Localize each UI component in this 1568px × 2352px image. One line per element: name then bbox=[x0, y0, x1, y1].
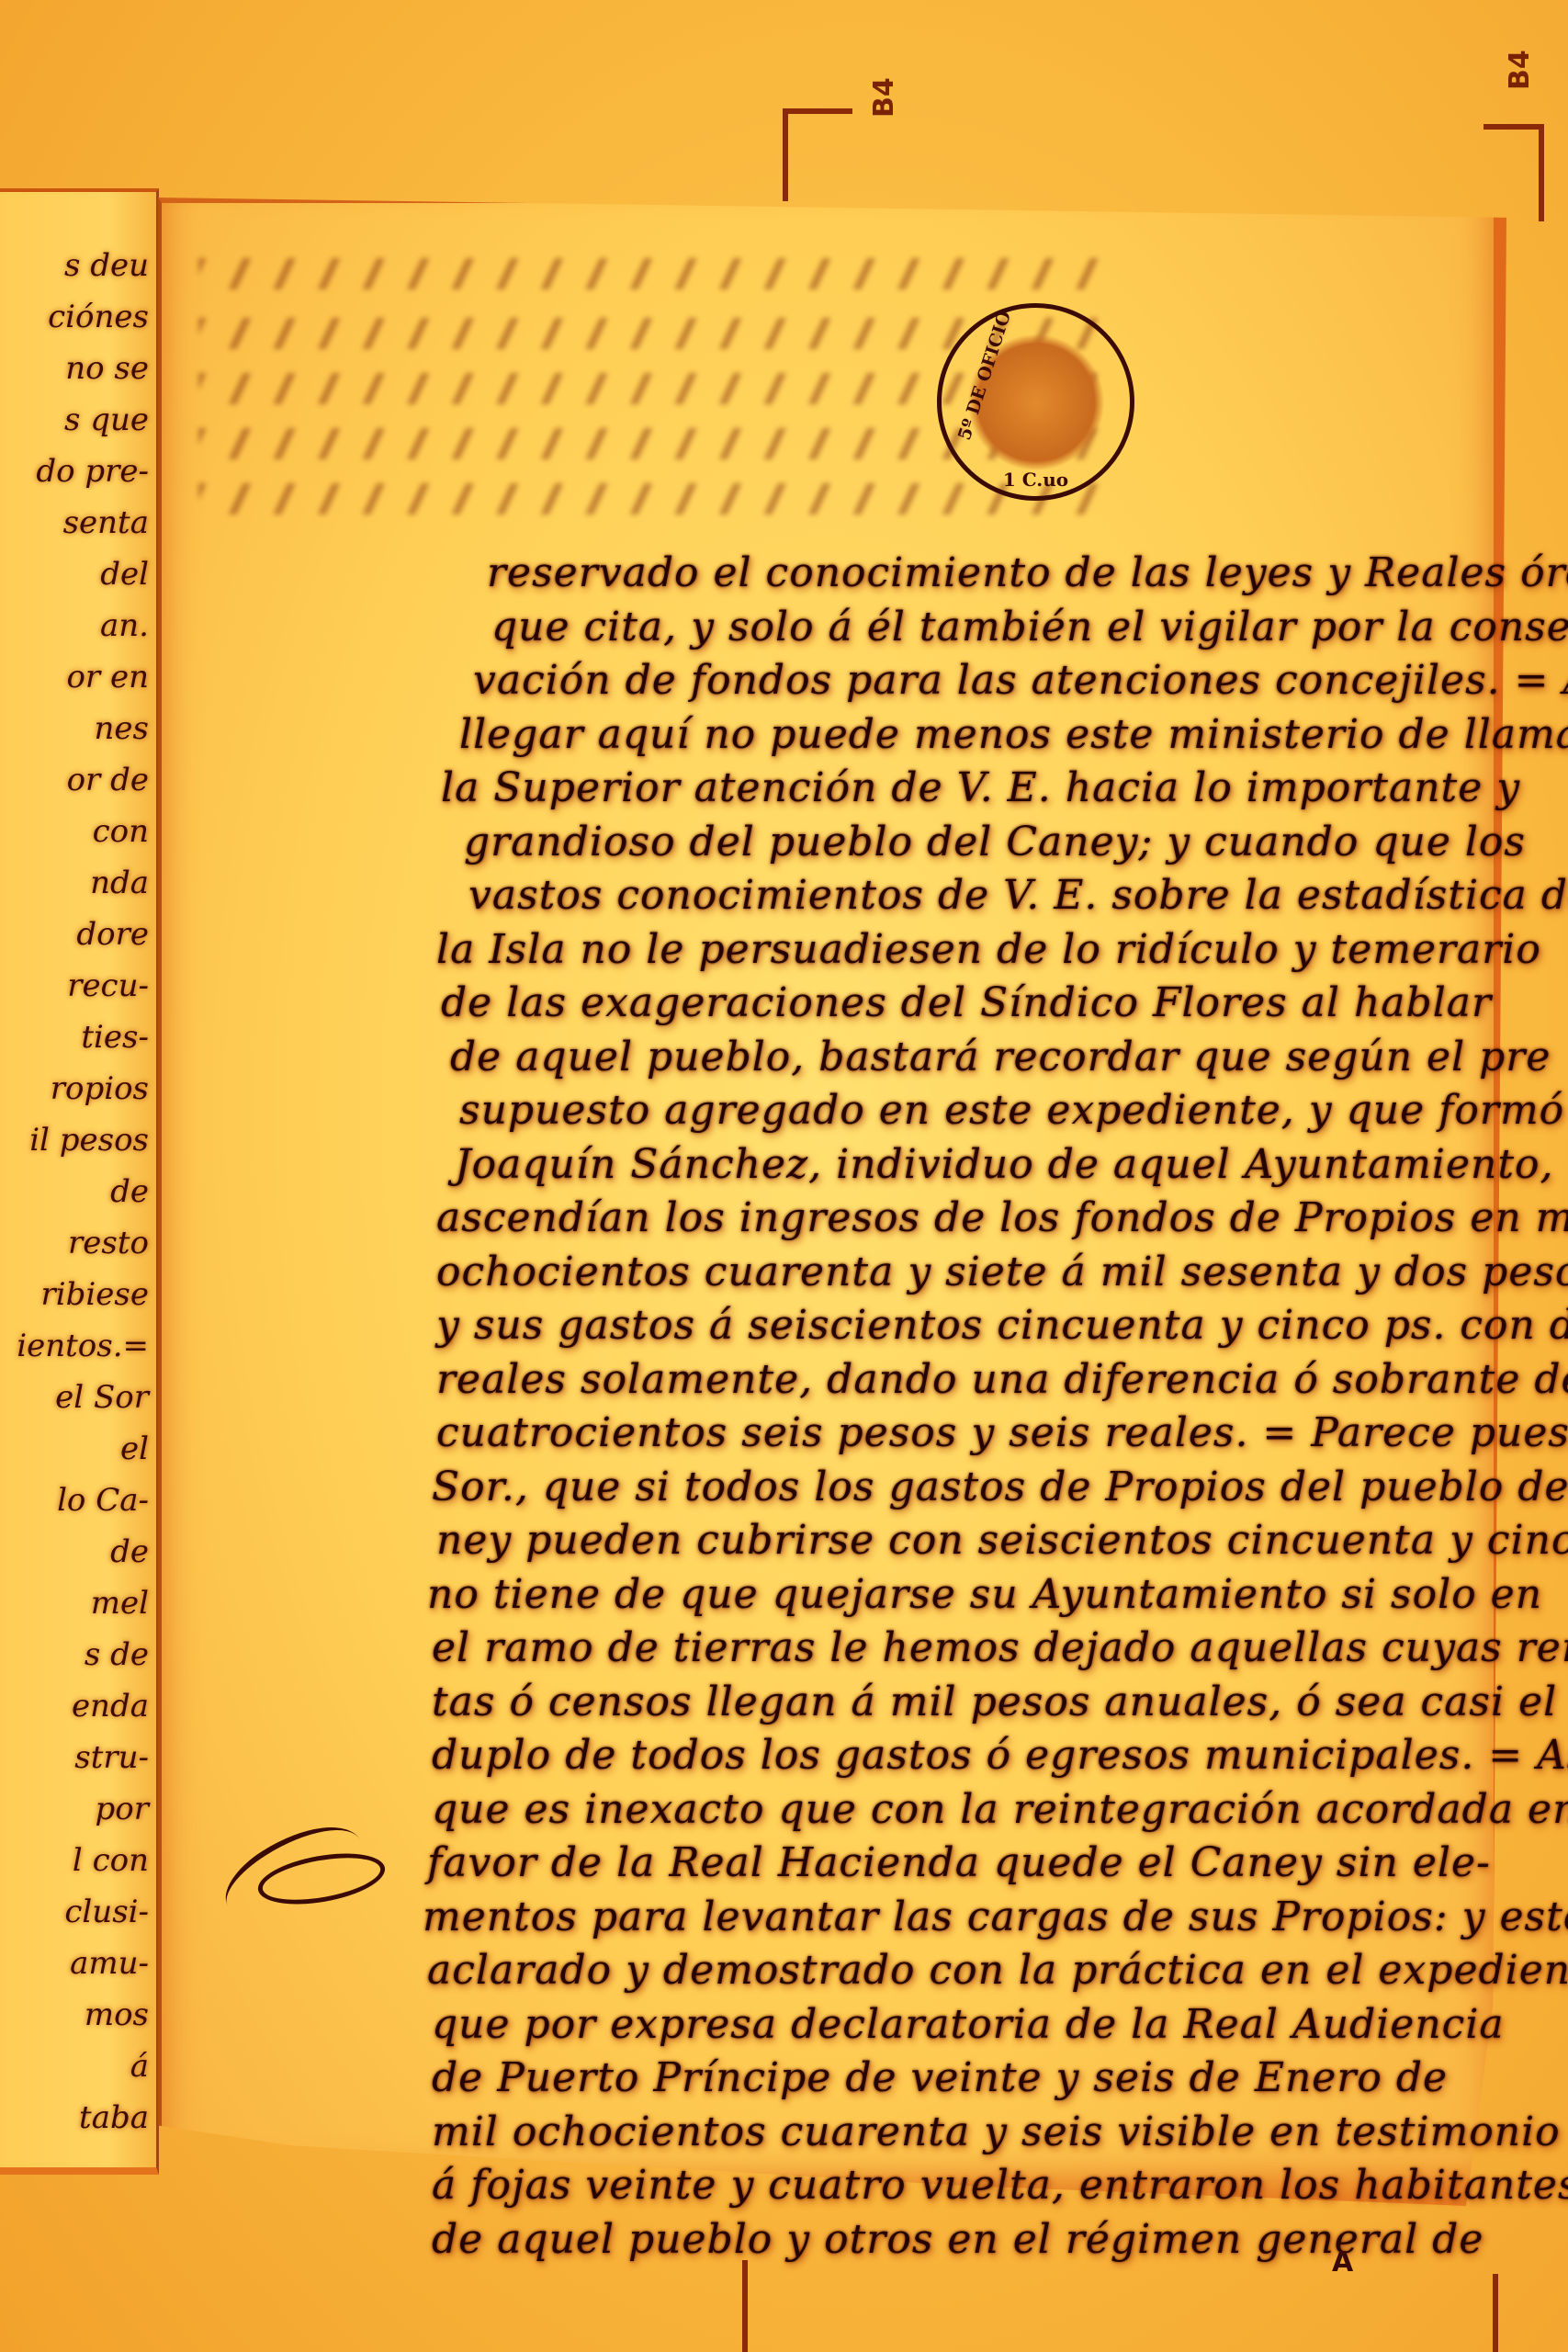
manuscript-line: ney pueden cubrirse con seiscientos cinc… bbox=[436, 1517, 1568, 1564]
left-page-fragment: amu- bbox=[0, 1945, 156, 1982]
manuscript-line: que cita, y solo á él también el vigilar… bbox=[491, 604, 1568, 650]
manuscript-line: reales solamente, dando una diferencia ó… bbox=[436, 1356, 1568, 1403]
manuscript-line: no tiene de que quejarse su Ayuntamiento… bbox=[427, 1571, 1542, 1618]
bleed-through-line bbox=[198, 258, 1117, 289]
left-page-fragment: do pre- bbox=[0, 453, 156, 490]
left-page-fragment: il pesos bbox=[0, 1122, 156, 1159]
manuscript-line: ochocientos cuarenta y siete á mil sesen… bbox=[436, 1249, 1568, 1295]
left-page-fragment: ropios bbox=[0, 1070, 156, 1107]
left-page-fragment: clusi- bbox=[0, 1894, 156, 1930]
manuscript-line: vación de fondos para las atenciones con… bbox=[473, 657, 1568, 704]
manuscript-line: cuatrocientos seis pesos y seis reales. … bbox=[436, 1409, 1568, 1456]
manuscript-line: llegar aquí no puede menos este minister… bbox=[459, 711, 1568, 758]
left-page-fragment: recu- bbox=[0, 967, 156, 1004]
left-page-fragment: ties- bbox=[0, 1019, 156, 1056]
manuscript-line: de Puerto Príncipe de veinte y seis de E… bbox=[432, 2054, 1448, 2101]
left-facing-page: s deuciónesno ses quedo pre-sentadelan.o… bbox=[0, 188, 159, 2175]
left-page-fragment: lo Ca- bbox=[0, 1482, 156, 1519]
manuscript-line: favor de la Real Hacienda quede el Caney… bbox=[427, 1839, 1491, 1886]
left-page-fragment: no se bbox=[0, 350, 156, 387]
manuscript-line: de aquel pueblo y otros en el régimen ge… bbox=[432, 2216, 1483, 2263]
left-page-fragment: s deu bbox=[0, 247, 156, 284]
left-page-fragment: de bbox=[0, 1173, 156, 1210]
left-page-fragment: s de bbox=[0, 1636, 156, 1673]
crop-mark-bottom-right bbox=[1493, 2274, 1498, 2352]
manuscript-line: el ramo de tierras le hemos dejado aquel… bbox=[432, 1624, 1568, 1671]
left-page-fragment: el Sor bbox=[0, 1379, 156, 1416]
official-seal-stamp: 5º DE OFICIO 1 C.uo bbox=[937, 303, 1134, 501]
crop-label: B4 bbox=[1504, 50, 1536, 90]
manuscript-line: á fojas veinte y cuatro vuelta, entraron… bbox=[432, 2162, 1568, 2209]
manuscript-line: y sus gastos á seiscientos cincuenta y c… bbox=[436, 1302, 1568, 1349]
left-page-fragment: resto bbox=[0, 1225, 156, 1261]
left-page-fragment: enda bbox=[0, 1688, 156, 1724]
left-page-fragment: ientos.= bbox=[0, 1328, 156, 1364]
manuscript-line: supuesto agregado en este expediente, y … bbox=[459, 1087, 1568, 1134]
manuscript-line: la Isla no le persuadiesen de lo ridícul… bbox=[436, 926, 1541, 973]
left-page-fragment: ciónes bbox=[0, 299, 156, 335]
left-page-fragment: senta bbox=[0, 504, 156, 541]
left-page-fragment: an. bbox=[0, 607, 156, 644]
manuscript-line: vastos conocimientos de V. E. sobre la e… bbox=[468, 872, 1568, 919]
crop-mark-top-right bbox=[1483, 124, 1544, 221]
left-page-fragment: mel bbox=[0, 1585, 156, 1622]
manuscript-line: ascendían los ingresos de los fondos de … bbox=[436, 1194, 1568, 1241]
manuscript-line: Sor., que si todos los gastos de Propios… bbox=[432, 1464, 1568, 1510]
corner-letter: A bbox=[1332, 2246, 1353, 2278]
manuscript-line: reservado el conocimiento de las leyes y… bbox=[487, 549, 1568, 596]
left-page-fragment: s que bbox=[0, 401, 156, 438]
left-page-fragment: nda bbox=[0, 865, 156, 901]
manuscript-line: la Superior atención de V. E. hacia lo i… bbox=[441, 764, 1520, 811]
left-page-fragment: con bbox=[0, 813, 156, 850]
left-page-fragment: dore bbox=[0, 916, 156, 953]
manuscript-line: mil ochocientos cuarenta y seis visible … bbox=[432, 2109, 1561, 2155]
left-page-fragment: por bbox=[0, 1791, 156, 1827]
manuscript-line: grandioso del pueblo del Caney; y cuando… bbox=[464, 819, 1526, 865]
crop-mark-bottom-left bbox=[742, 2260, 812, 2352]
left-page-fragment: el bbox=[0, 1430, 156, 1467]
manuscript-line: que es inexacto que con la reintegración… bbox=[432, 1786, 1568, 1833]
left-page-fragment: or de bbox=[0, 762, 156, 798]
left-page-fragment: de bbox=[0, 1533, 156, 1570]
manuscript-line: aclarado y demostrado con la práctica en… bbox=[427, 1947, 1568, 1994]
manuscript-line: de aquel pueblo, bastará recordar que se… bbox=[450, 1034, 1551, 1080]
left-page-fragment: stru- bbox=[0, 1739, 156, 1776]
left-page-fragment: nes bbox=[0, 710, 156, 747]
crop-label: B4 bbox=[868, 77, 900, 118]
manuscript-line: Joaquín Sánchez, individuo de aquel Ayun… bbox=[455, 1141, 1554, 1188]
stamp-value: 1 C.uo bbox=[942, 469, 1130, 491]
manuscript-line: duplo de todos los gastos ó egresos muni… bbox=[432, 1732, 1568, 1779]
left-page-fragment: ribiese bbox=[0, 1276, 156, 1313]
manuscript-line: tas ó censos llegan á mil pesos anuales,… bbox=[432, 1679, 1557, 1725]
left-page-fragment: mos bbox=[0, 1996, 156, 2033]
left-page-fragment: l con bbox=[0, 1842, 156, 1879]
crop-mark-top-left bbox=[783, 108, 852, 201]
left-page-fragment: á bbox=[0, 2048, 156, 2085]
manuscript-line: mentos para levantar las cargas de sus P… bbox=[423, 1894, 1568, 1940]
manuscript-line: que por expresa declaratoria de la Real … bbox=[432, 2001, 1505, 2048]
left-page-fragment: del bbox=[0, 556, 156, 593]
left-page-fragment: or en bbox=[0, 659, 156, 695]
manuscript-line: de las exageraciones del Síndico Flores … bbox=[441, 979, 1492, 1026]
left-page-fragment: taba bbox=[0, 2099, 156, 2136]
